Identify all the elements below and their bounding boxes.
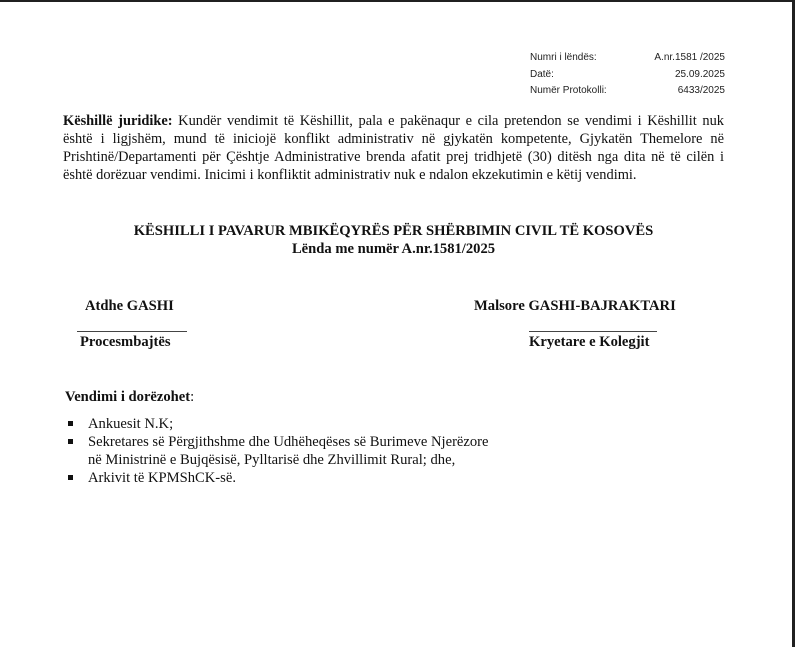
meta-value: 25.09.2025 [675, 67, 725, 84]
list-item: Arkivit të KPMShCK-së. [65, 469, 665, 487]
case-metadata: Numri i lëndës: A.nr.1581 /2025 Datë: 25… [530, 50, 725, 100]
meta-value: 6433/2025 [678, 83, 725, 100]
case-subject: Lënda me numër A.nr.1581/2025 [63, 240, 724, 258]
signatory-role: Procesmbajtës [77, 333, 189, 351]
meta-row-date: Datë: 25.09.2025 [530, 67, 725, 84]
signature-line [77, 331, 187, 332]
square-bullet-icon [68, 421, 73, 426]
signatory-role: Kryetare e Kolegjit [474, 333, 704, 351]
legal-advice-paragraph: Këshillë juridike: Kundër vendimit të Kë… [63, 112, 724, 184]
meta-label: Numri i lëndës: [530, 50, 597, 67]
square-bullet-icon [68, 439, 73, 444]
meta-label: Datë: [530, 67, 554, 84]
meta-row-protocol: Numër Protokolli: 6433/2025 [530, 83, 725, 100]
signature-block-chair: Malsore GASHI-BAJRAKTARI Kryetare e Kole… [474, 297, 704, 351]
meta-row-case-number: Numri i lëndës: A.nr.1581 /2025 [530, 50, 725, 67]
list-item: Sekretares së Përgjithshme dhe Udhëheqës… [65, 433, 665, 469]
recipients-section: Vendimi i dorëzohet: Ankuesit N.K; Sekre… [65, 388, 665, 487]
square-bullet-icon [68, 475, 73, 480]
signature-block-clerk: Atdhe GASHI Procesmbajtës [77, 297, 189, 351]
recipients-list: Ankuesit N.K; Sekretares së Përgjithshme… [65, 415, 665, 487]
council-heading: KËSHILLI I PAVARUR MBIKËQYRËS PËR SHËRBI… [63, 222, 724, 258]
list-item: Ankuesit N.K; [65, 415, 665, 433]
signatory-name: Malsore GASHI-BAJRAKTARI [474, 297, 704, 315]
council-name: KËSHILLI I PAVARUR MBIKËQYRËS PËR SHËRBI… [63, 222, 724, 240]
legal-advice-label: Këshillë juridike: [63, 113, 173, 129]
meta-value: A.nr.1581 /2025 [654, 50, 725, 67]
signature-line [529, 331, 657, 332]
meta-label: Numër Protokolli: [530, 83, 607, 100]
recipients-title: Vendimi i dorëzohet: [65, 388, 665, 406]
window-frame-top [0, 0, 795, 2]
signatory-name: Atdhe GASHI [77, 297, 189, 315]
